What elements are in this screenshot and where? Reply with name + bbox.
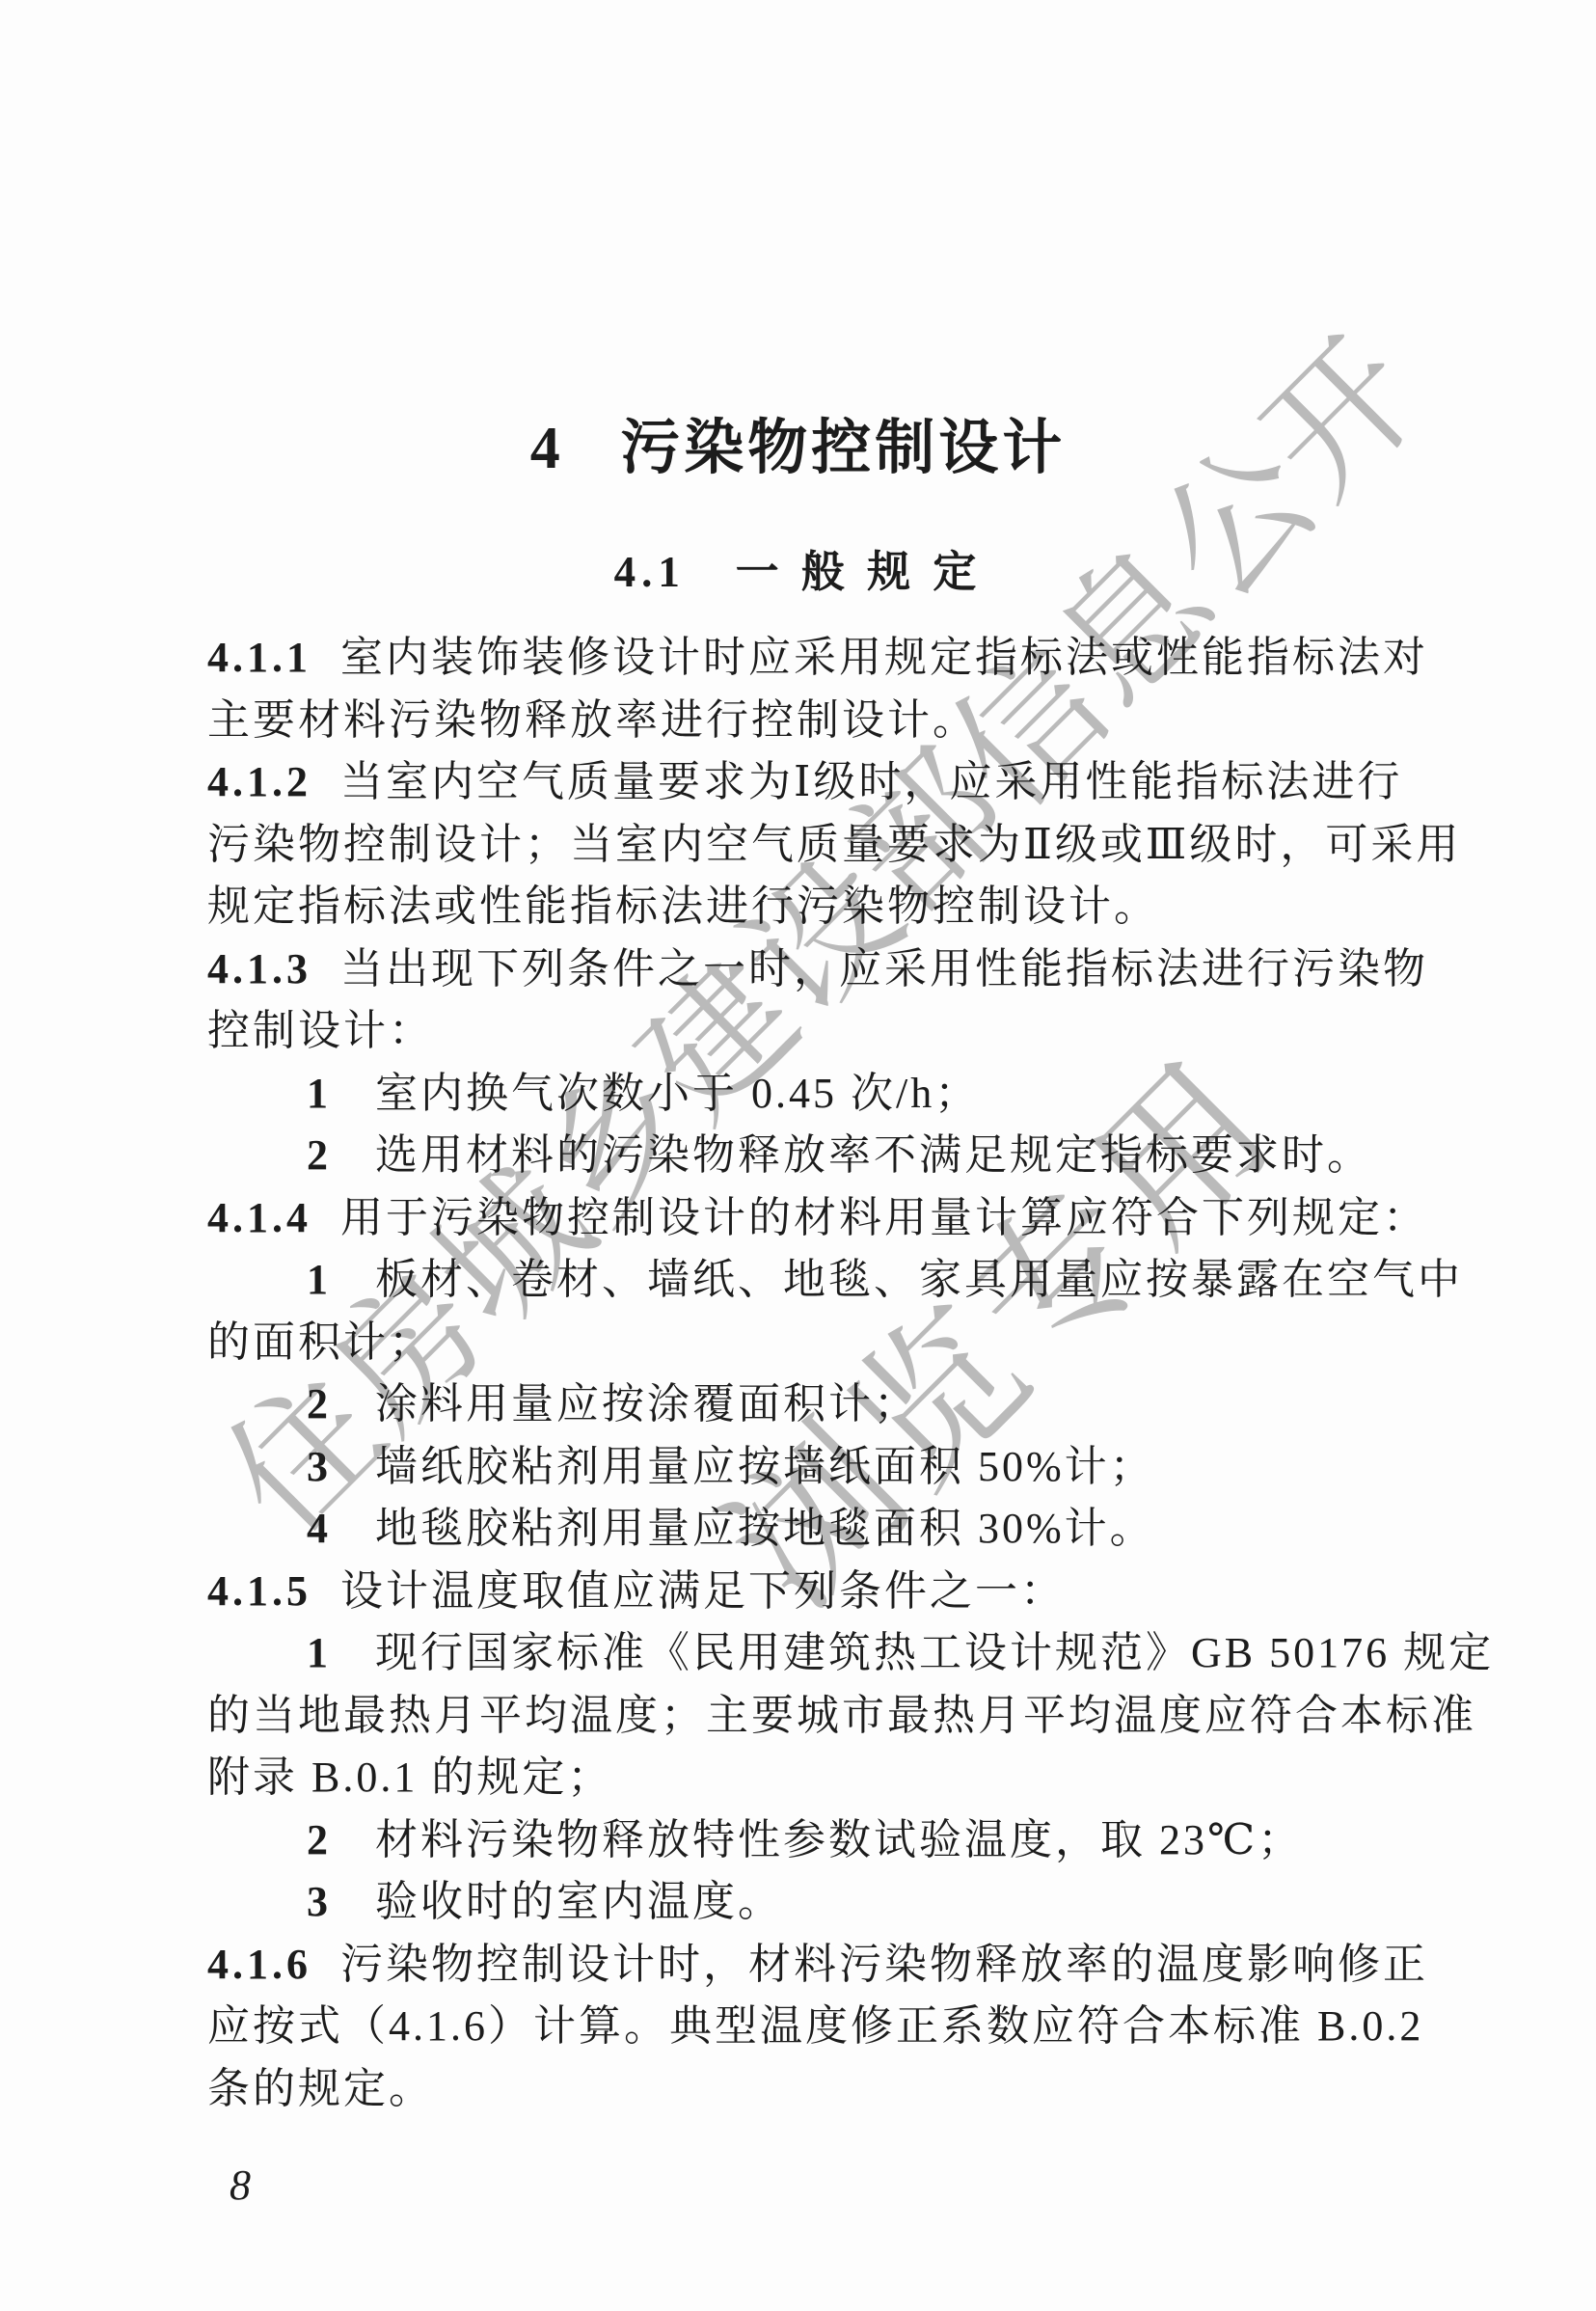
line-text: 设计温度取值应满足下列条件之一：: [340, 1567, 1066, 1615]
line-number: 1: [307, 1256, 331, 1303]
body-line: 4.1.1室内装饰装修设计时应采用规定指标法或性能指标法对: [207, 627, 1451, 690]
line-number: 1: [307, 1629, 331, 1676]
body-line: 4.1.4用于污染物控制设计的材料用量计算应符合下列规定：: [207, 1187, 1451, 1250]
body-line: 4.1.5设计温度取值应满足下列条件之一：: [207, 1561, 1451, 1623]
body-line: 控制设计：: [207, 1000, 1451, 1063]
body-line: 的当地最热月平均温度；主要城市最热月平均温度应符合本标准: [207, 1685, 1451, 1748]
line-text: 室内换气次数小于 0.45 次/h；: [375, 1070, 980, 1117]
line-text: 用于污染物控制设计的材料用量计算应符合下列规定：: [340, 1194, 1428, 1241]
line-text: 附录 B.0.1 的规定；: [207, 1754, 612, 1801]
page-number: 8: [230, 2161, 251, 2210]
line-text: 污染物控制设计时，材料污染物释放率的温度影响修正: [340, 1941, 1428, 1988]
body-line: 1现行国家标准《民用建筑热工设计规范》GB 50176 规定: [207, 1622, 1451, 1685]
line-text: 当出现下列条件之一时，应采用性能指标法进行污染物: [340, 945, 1428, 992]
body-line: 1板材、卷材、墙纸、地毯、家具用量应按暴露在空气中: [207, 1249, 1451, 1312]
document-page: 住房城乡建设部信息公开 浏览专用 4 污染物控制设计 4.1 一 般 规 定 4…: [0, 0, 1596, 2311]
line-number: 4: [307, 1505, 331, 1552]
section-title: 4.1 一 般 规 定: [0, 536, 1596, 599]
body-line: 2选用材料的污染物释放率不满足规定指标要求时。: [207, 1125, 1451, 1187]
body-line: 2材料污染物释放特性参数试验温度，取 23℃；: [207, 1809, 1451, 1872]
line-number: 4.1.1: [207, 634, 311, 681]
body-line: 1室内换气次数小于 0.45 次/h；: [207, 1063, 1451, 1126]
body-line: 条的规定。: [207, 2058, 1451, 2121]
body-line: 规定指标法或性能指标法进行污染物控制设计。: [207, 876, 1451, 938]
line-text: 选用材料的污染物释放率不满足规定指标要求时。: [375, 1131, 1372, 1179]
body-line: 4.1.3当出现下列条件之一时，应采用性能指标法进行污染物: [207, 938, 1451, 1001]
line-number: 3: [307, 1443, 331, 1490]
line-text: 材料污染物释放特性参数试验温度，取 23℃；: [375, 1816, 1303, 1863]
body-line: 4地毯胶粘剂用量应按地毯面积 30%计。: [207, 1498, 1451, 1561]
line-text: 规定指标法或性能指标法进行污染物控制设计。: [207, 883, 1159, 930]
body-line: 3墙纸胶粘剂用量应按墙纸面积 50%计；: [207, 1436, 1451, 1499]
line-text: 条的规定。: [207, 2065, 434, 2112]
line-text: 地毯胶粘剂用量应按地毯面积 30%计。: [375, 1505, 1155, 1552]
body-line: 4.1.2当室内空气质量要求为Ⅰ级时，应采用性能指标法进行: [207, 751, 1451, 814]
body-line: 附录 B.0.1 的规定；: [207, 1747, 1451, 1809]
line-text: 控制设计：: [207, 1007, 434, 1054]
body-line: 污染物控制设计；当室内空气质量要求为Ⅱ级或Ⅲ级时，可采用: [207, 814, 1451, 877]
line-text: 的面积计；: [207, 1319, 434, 1366]
line-text: 验收时的室内温度。: [375, 1878, 783, 1925]
line-text: 应按式（4.1.6）计算。典型温度修正系数应符合本标准 B.0.2: [207, 2002, 1423, 2050]
body-line: 主要材料污染物释放率进行控制设计。: [207, 690, 1451, 752]
line-text: 板材、卷材、墙纸、地毯、家具用量应按暴露在空气中: [375, 1256, 1463, 1303]
line-text: 污染物控制设计；当室内空气质量要求为Ⅱ级或Ⅲ级时，可采用: [207, 821, 1461, 868]
body-line: 的面积计；: [207, 1312, 1451, 1374]
line-text: 现行国家标准《民用建筑热工设计规范》GB 50176 规定: [375, 1629, 1494, 1676]
body-line: 3验收时的室内温度。: [207, 1871, 1451, 1934]
line-number: 4.1.3: [207, 945, 311, 992]
line-number: 2: [307, 1816, 331, 1863]
line-number: 4.1.4: [207, 1194, 311, 1241]
line-text: 涂料用量应按涂覆面积计；: [375, 1380, 919, 1427]
line-number: 4.1.6: [207, 1941, 311, 1988]
line-text: 室内装饰装修设计时应采用规定指标法或性能指标法对: [340, 634, 1428, 681]
line-number: 2: [307, 1131, 331, 1179]
line-number: 1: [307, 1070, 331, 1117]
line-number: 4.1.2: [207, 758, 311, 805]
body-line: 4.1.6污染物控制设计时，材料污染物释放率的温度影响修正: [207, 1934, 1451, 1997]
line-number: 4.1.5: [207, 1567, 311, 1615]
body-line: 2涂料用量应按涂覆面积计；: [207, 1373, 1451, 1436]
line-text: 主要材料污染物释放率进行控制设计。: [207, 696, 978, 744]
line-text: 墙纸胶粘剂用量应按墙纸面积 50%计；: [375, 1443, 1155, 1490]
body-line: 应按式（4.1.6）计算。典型温度修正系数应符合本标准 B.0.2: [207, 1996, 1451, 2058]
body-text: 4.1.1室内装饰装修设计时应采用规定指标法或性能指标法对主要材料污染物释放率进…: [207, 627, 1451, 2120]
line-number: 2: [307, 1380, 331, 1427]
line-text: 当室内空气质量要求为Ⅰ级时，应采用性能指标法进行: [340, 758, 1402, 805]
chapter-title: 4 污染物控制设计: [0, 399, 1596, 485]
line-number: 3: [307, 1878, 331, 1925]
line-text: 的当地最热月平均温度；主要城市最热月平均温度应符合本标准: [207, 1692, 1476, 1739]
